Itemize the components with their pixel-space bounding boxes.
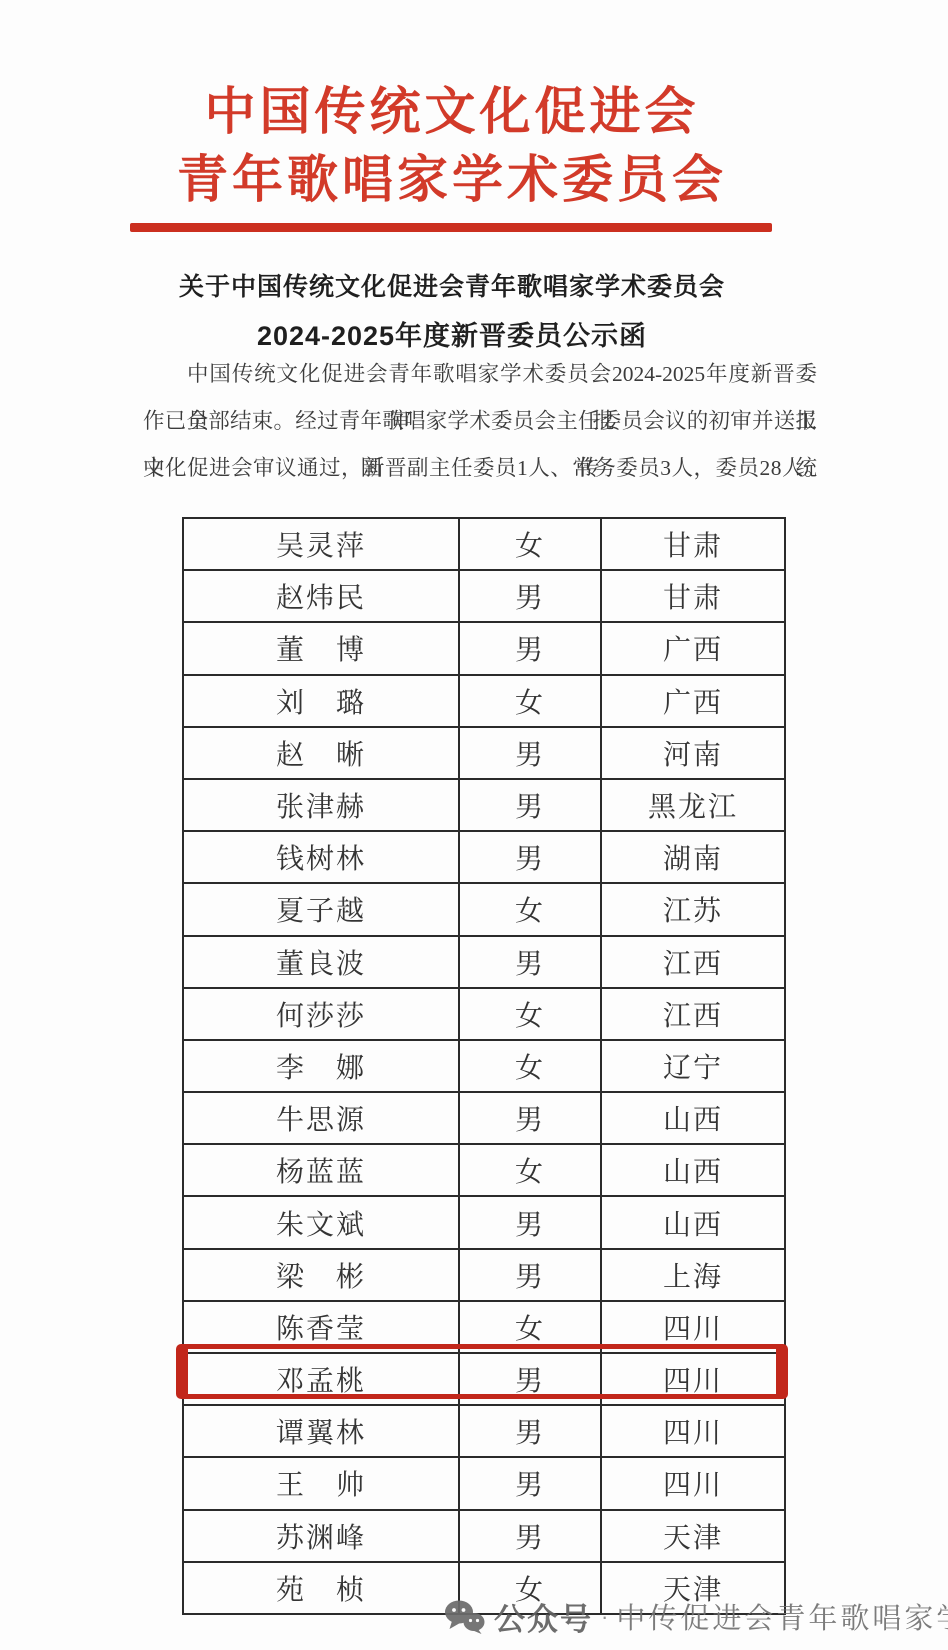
table-row: 赵 晰男河南 [183,727,785,779]
table-row: 董良波男江西 [183,936,785,988]
cell-name: 谭翼林 [183,1405,459,1457]
table-row: 赵炜民男甘肃 [183,570,785,622]
cell-gender: 男 [459,831,601,883]
cell-province: 山西 [601,1144,785,1196]
cell-name: 苑 桢 [183,1562,459,1614]
table-row: 何莎莎女江西 [183,988,785,1040]
cell-name: 李 娜 [183,1040,459,1092]
cell-name: 陈香莹 [183,1301,459,1353]
cell-gender: 男 [459,1092,601,1144]
cell-name: 杨蓝蓝 [183,1144,459,1196]
watermark-separator: · [601,1604,608,1630]
cell-name: 朱文斌 [183,1196,459,1248]
watermark-label: 公众号 [494,1594,593,1639]
org-title-line2: 青年歌唱家学术委员会 [0,156,904,207]
cell-name: 董 博 [183,622,459,674]
cell-gender: 男 [459,1457,601,1509]
table-row: 张津赫男黑龙江 [183,779,785,831]
cell-province: 江西 [601,988,785,1040]
wechat-icon [444,1599,486,1635]
table-row: 朱文斌男山西 [183,1196,785,1248]
cell-name: 刘 璐 [183,675,459,727]
cell-province: 黑龙江 [601,779,785,831]
table-row: 李 娜女辽宁 [183,1040,785,1092]
cell-province: 江西 [601,936,785,988]
cell-province: 四川 [601,1457,785,1509]
cell-name: 邓孟桃 [183,1353,459,1405]
cell-gender: 男 [459,1353,601,1405]
cell-province: 辽宁 [601,1040,785,1092]
cell-province: 甘肃 [601,518,785,570]
doc-title-line1: 关于中国传统文化促进会青年歌唱家学术委员会 [0,267,904,303]
cell-gender: 女 [459,518,601,570]
paragraph-line-3: 文化促进会审议通过，新晋副主任委员1人、常务委员3人，委员28人。 [143,445,817,492]
cell-gender: 女 [459,1144,601,1196]
paragraph-line-1: 中国传统文化促进会青年歌唱家学术委员会2024-2025年度新晋委员审批工 [143,351,817,398]
table-row: 苏渊峰男天津 [183,1510,785,1562]
title-divider-rule [130,223,772,232]
table-row: 梁 彬男上海 [183,1249,785,1301]
cell-gender: 男 [459,1196,601,1248]
cell-province: 四川 [601,1353,785,1405]
cell-province: 广西 [601,675,785,727]
org-title-line1: 中国传统文化促进会 [0,88,904,139]
cell-province: 广西 [601,622,785,674]
cell-province: 四川 [601,1301,785,1353]
announcement-page: 中国传统文化促进会 青年歌唱家学术委员会 关于中国传统文化促进会青年歌唱家学术委… [0,0,948,1650]
cell-gender: 女 [459,1301,601,1353]
cell-name: 赵炜民 [183,570,459,622]
cell-name: 王 帅 [183,1457,459,1509]
table-row: 王 帅男四川 [183,1457,785,1509]
cell-gender: 男 [459,1510,601,1562]
cell-name: 苏渊峰 [183,1510,459,1562]
cell-province: 上海 [601,1249,785,1301]
cell-name: 张津赫 [183,779,459,831]
table-row: 钱树林男湖南 [183,831,785,883]
cell-gender: 男 [459,1405,601,1457]
cell-province: 湖南 [601,831,785,883]
cell-province: 甘肃 [601,570,785,622]
cell-gender: 女 [459,988,601,1040]
cell-gender: 女 [459,883,601,935]
cell-name: 夏子越 [183,883,459,935]
cell-name: 吴灵萍 [183,518,459,570]
cell-gender: 男 [459,622,601,674]
cell-gender: 男 [459,779,601,831]
doc-title-line2: 2024-2025年度新晋委员公示函 [0,314,904,353]
intro-paragraph: 中国传统文化促进会青年歌唱家学术委员会2024-2025年度新晋委员审批工 作已… [143,351,817,492]
table-row: 夏子越女江苏 [183,883,785,935]
cell-gender: 女 [459,675,601,727]
table-row: 陈香莹女四川 [183,1301,785,1353]
cell-name: 牛思源 [183,1092,459,1144]
paragraph-line-2: 作已全部结束。经过青年歌唱家学术委员会主任委员会议的初审并送报中国传统 [143,398,817,445]
cell-province: 山西 [601,1196,785,1248]
cell-gender: 男 [459,727,601,779]
table-row: 董 博男广西 [183,622,785,674]
cell-name: 赵 晰 [183,727,459,779]
table-row: 牛思源男山西 [183,1092,785,1144]
table-row: 杨蓝蓝女山西 [183,1144,785,1196]
cell-gender: 女 [459,1040,601,1092]
cell-name: 董良波 [183,936,459,988]
cell-gender: 男 [459,936,601,988]
cell-name: 钱树林 [183,831,459,883]
table-row: 吴灵萍女甘肃 [183,518,785,570]
cell-gender: 男 [459,570,601,622]
member-table-body: 吴灵萍女甘肃赵炜民男甘肃董 博男广西刘 璐女广西赵 晰男河南张津赫男黑龙江钱树林… [183,518,785,1614]
table-row: 谭翼林男四川 [183,1405,785,1457]
table-row-highlighted: 邓孟桃男四川 [183,1353,785,1405]
cell-province: 天津 [601,1510,785,1562]
members-table: 吴灵萍女甘肃赵炜民男甘肃董 博男广西刘 璐女广西赵 晰男河南张津赫男黑龙江钱树林… [182,517,786,1615]
cell-name: 何莎莎 [183,988,459,1040]
cell-name: 梁 彬 [183,1249,459,1301]
cell-province: 河南 [601,727,785,779]
watermark-account-name: 中传促进会青年歌唱家学委会 [616,1596,948,1637]
cell-province: 四川 [601,1405,785,1457]
cell-province: 江苏 [601,883,785,935]
cell-gender: 男 [459,1249,601,1301]
cell-province: 山西 [601,1092,785,1144]
watermark: 公众号 · 中传促进会青年歌唱家学委会 [444,1594,948,1639]
table-row: 刘 璐女广西 [183,675,785,727]
